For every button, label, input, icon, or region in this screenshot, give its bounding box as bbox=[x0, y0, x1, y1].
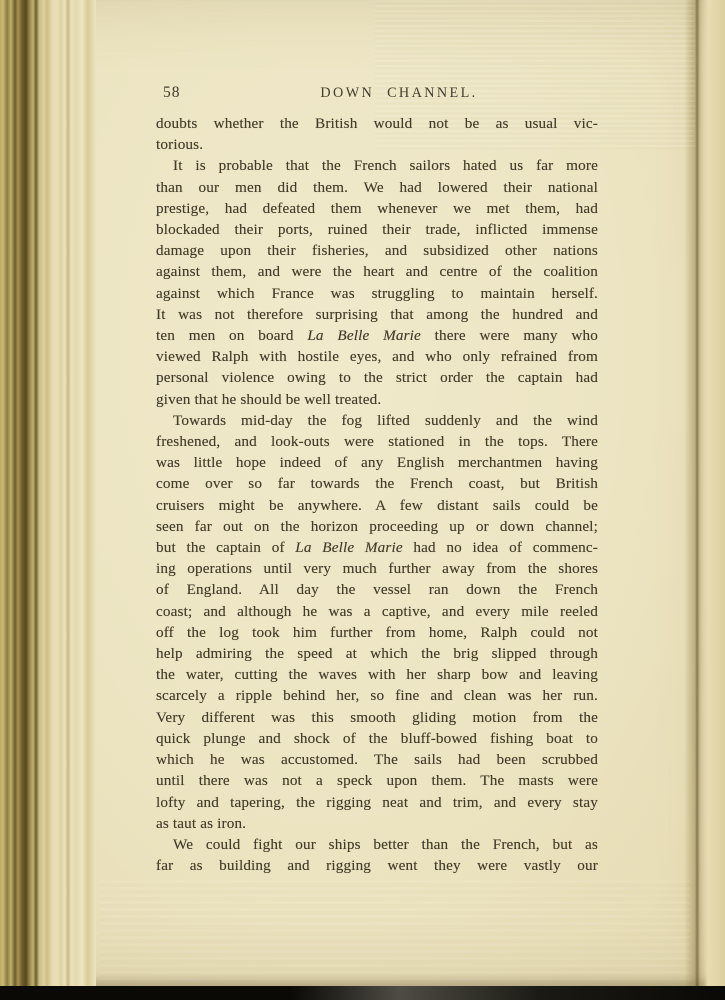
book-page: 58 DOWN CHANNEL. doubts whether the Brit… bbox=[0, 0, 725, 986]
text-line: the water, cutting the waves with her sh… bbox=[156, 664, 598, 685]
text-line: seen far out on the horizon proceeding u… bbox=[156, 516, 598, 537]
page-header: 58 DOWN CHANNEL. bbox=[156, 84, 598, 104]
text-line: torious. bbox=[156, 134, 598, 155]
text-line: come over so far towards the French coas… bbox=[156, 473, 598, 494]
text-line: against them, and were the heart and cen… bbox=[156, 261, 598, 282]
text-line: freshened, and look-outs were stationed … bbox=[156, 431, 598, 452]
ship-name-italic: La Belle Marie bbox=[295, 539, 402, 556]
ship-name-italic: La Belle Marie bbox=[307, 327, 421, 344]
text-line: off the log took him further from home, … bbox=[156, 622, 598, 643]
text-line: blockaded their ports, ruined their trad… bbox=[156, 219, 598, 240]
page-number: 58 bbox=[163, 84, 181, 102]
text-line: ing operations until very much further a… bbox=[156, 558, 598, 579]
text-line: quick plunge and shock of the bluff-bowe… bbox=[156, 728, 598, 749]
text-segment: had no idea of commenc- bbox=[403, 539, 598, 556]
text-line: which he was accustomed. The sails had b… bbox=[156, 749, 598, 770]
running-header: DOWN CHANNEL. bbox=[320, 85, 477, 102]
text-line: of England. All day the vessel ran down … bbox=[156, 579, 598, 600]
text-line: coast; and although he was a captive, an… bbox=[156, 601, 598, 622]
paper-texture-streaks bbox=[100, 880, 690, 980]
text-line: personal violence owing to the strict or… bbox=[156, 367, 598, 388]
text-line: prestige, had defeated them whenever we … bbox=[156, 198, 598, 219]
text-line: was little hope indeed of any English me… bbox=[156, 452, 598, 473]
text-line: doubts whether the British would not be … bbox=[156, 113, 598, 134]
text-line: Towards mid-day the fog lifted suddenly … bbox=[156, 410, 598, 431]
text-line: viewed Ralph with hostile eyes, and who … bbox=[156, 346, 598, 367]
text-segment: ten men on board bbox=[156, 327, 307, 344]
text-line: given that he should be well treated. bbox=[156, 389, 598, 410]
text-line: until there was not a speck upon them. T… bbox=[156, 770, 598, 791]
text-line: far as building and rigging went they we… bbox=[156, 855, 598, 876]
scanned-book-photo: 58 DOWN CHANNEL. doubts whether the Brit… bbox=[0, 0, 725, 1000]
text-line: as taut as iron. bbox=[156, 813, 598, 834]
text-line: Very different was this smooth gliding m… bbox=[156, 707, 598, 728]
text-line: but the captain of La Belle Marie had no… bbox=[156, 537, 598, 558]
text-line: damage upon their fisheries, and subsidi… bbox=[156, 240, 598, 261]
text-line: We could fight our ships better than the… bbox=[156, 834, 598, 855]
text-line: lofty and tapering, the rigging neat and… bbox=[156, 792, 598, 813]
book-gutter-page-edges bbox=[0, 0, 96, 986]
text-line: cruisers might be anywhere. A few distan… bbox=[156, 495, 598, 516]
photo-background bbox=[0, 986, 725, 1000]
text-line: help admiring the speed at which the bri… bbox=[156, 643, 598, 664]
text-segment: but the captain of bbox=[156, 539, 295, 556]
text-line: against which France was struggling to m… bbox=[156, 283, 598, 304]
text-line: ten men on board La Belle Marie there we… bbox=[156, 325, 598, 346]
text-line: than our men did them. We had lowered th… bbox=[156, 177, 598, 198]
text-line: It is probable that the French sailors h… bbox=[156, 155, 598, 176]
text-segment: there were many who bbox=[421, 327, 598, 344]
text-line: scarcely a ripple behind her, so fine an… bbox=[156, 685, 598, 706]
body-text: doubts whether the British would not be … bbox=[156, 113, 598, 876]
text-line: It was not therefore surprising that amo… bbox=[156, 304, 598, 325]
